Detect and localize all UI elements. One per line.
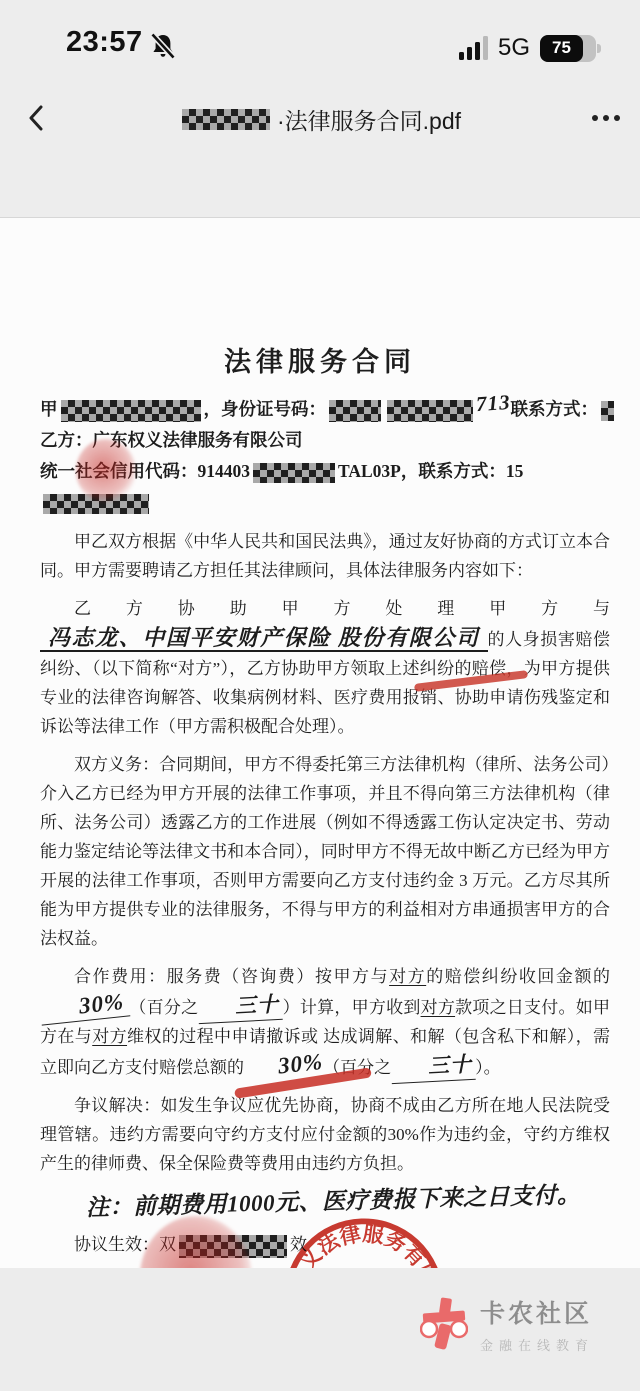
- document-title-bar: ·法律服务合同.pdf: [0, 103, 640, 136]
- handwritten-number: 713: [475, 393, 512, 420]
- id-label: ，身份证号码：: [204, 399, 327, 419]
- party-a-prefix: 甲: [40, 399, 58, 419]
- phone-screen: 23:57 5G 75 ·法律服务合同.pdf: [0, 0, 640, 1391]
- signal-bars-icon: [459, 36, 488, 60]
- chevron-left-icon: [28, 104, 44, 132]
- watermark-text: 卡农社区 金融在线教育: [480, 1294, 594, 1354]
- nav-bar: ·法律服务合同.pdf: [0, 90, 640, 148]
- handwritten-thirty-1: 三十: [198, 990, 283, 1024]
- battery-percent: 75: [540, 35, 583, 62]
- clock: 23:57: [66, 26, 143, 59]
- back-button[interactable]: [16, 98, 56, 138]
- network-type: 5G: [498, 34, 530, 62]
- contact-label: 联系方式：: [511, 399, 599, 419]
- underlined-term: 对方: [92, 1027, 127, 1046]
- redacted-credit-code: [253, 463, 335, 483]
- kanong-logo-icon: [420, 1297, 468, 1351]
- paragraph-service: 乙方协助甲方处理甲方与冯志龙、中国平安财产保险 股份有限公司的人身损害赔偿纠纷、…: [40, 594, 610, 741]
- battery-nub: [597, 44, 601, 53]
- signature-section: 广东权义法律服务有限公司 4403042567870 协议生效：双效 甲方（签字…: [40, 1230, 610, 1269]
- contract-title: 法律服务合同: [0, 340, 640, 379]
- ellipsis-icon: [592, 115, 598, 121]
- paragraph-dispute: 争议解决：如发生争议应优先协商，协商不成由乙方所在地人民法院受理管辖。违约方需要…: [40, 1091, 610, 1178]
- redacted-phone-1: [601, 401, 614, 421]
- redacted-id-2: [387, 400, 473, 422]
- bell-slash-icon: [148, 32, 178, 62]
- underlined-term: 对方: [389, 967, 426, 986]
- party-a-line: 甲，身份证号码：713联系方式：'67: [40, 393, 614, 425]
- handwritten-thirty-2: 三十: [390, 1050, 475, 1084]
- paragraph-fees: 合作费用：服务费（咨询费）按甲方与对方的赔偿纠纷收回金额的30%（百分之三十）计…: [40, 962, 610, 1082]
- status-right-cluster: 5G 75: [459, 34, 596, 62]
- filename-text: ·法律服务合同.pdf: [277, 103, 461, 136]
- service-pre: 乙方协助甲方处理甲方与: [74, 599, 610, 618]
- red-marked-phrase: 纠纷的赔偿: [420, 659, 507, 678]
- footer-area: 卡农社区 金融在线教育: [0, 1268, 640, 1391]
- credit-code-mid: TAL03P，联系方式：15: [338, 461, 523, 481]
- status-bar: 23:57 5G 75: [0, 0, 640, 90]
- handwritten-30pct-2: 30%: [243, 1047, 325, 1084]
- underlined-term: 对方: [421, 998, 456, 1017]
- party-info-block: 甲，身份证号码：713联系方式：'67 乙方：广东权义法律服务有限公司 统一社会…: [0, 393, 640, 518]
- more-menu-button[interactable]: [592, 104, 620, 132]
- contract-body: 甲乙双方根据《中华人民共和国民法典》，通过友好协商的方式订立本合同。甲方需要聘请…: [0, 527, 640, 1269]
- company-seal: 广东权义法律服务有限公司 4403042567870: [277, 1211, 451, 1269]
- battery-icon: 75: [540, 35, 596, 62]
- paragraph-obligations: 双方义务：合同期间，甲方不得委托第三方法律机构（律所、法务公司）介入乙方已经为甲…: [40, 750, 610, 953]
- red-thumbprint: [140, 1216, 252, 1269]
- paragraph-intro: 甲乙双方根据《中华人民共和国民法典》，通过友好协商的方式订立本合同。甲方需要聘请…: [40, 527, 610, 585]
- redacted-filename-prefix: [182, 109, 270, 130]
- handwritten-30pct-1: 30%: [39, 986, 131, 1025]
- credit-code-pre: 统一社会信用代码：914403: [40, 461, 250, 481]
- watermark: 卡农社区 金融在线教育: [420, 1294, 594, 1354]
- handwritten-opponent-name: 冯志龙、中国平安财产保险 股份有限公司: [40, 625, 488, 652]
- redacted-id-1: [329, 400, 381, 422]
- watermark-name: 卡农社区: [480, 1294, 594, 1330]
- watermark-tagline: 金融在线教育: [480, 1335, 594, 1354]
- pdf-page[interactable]: 法律服务合同 甲，身份证号码：713联系方式：'67 乙方：广东权义法律服务有限…: [0, 217, 640, 1269]
- redacted-name: [61, 400, 201, 422]
- red-fingerprint-mark: [76, 439, 136, 503]
